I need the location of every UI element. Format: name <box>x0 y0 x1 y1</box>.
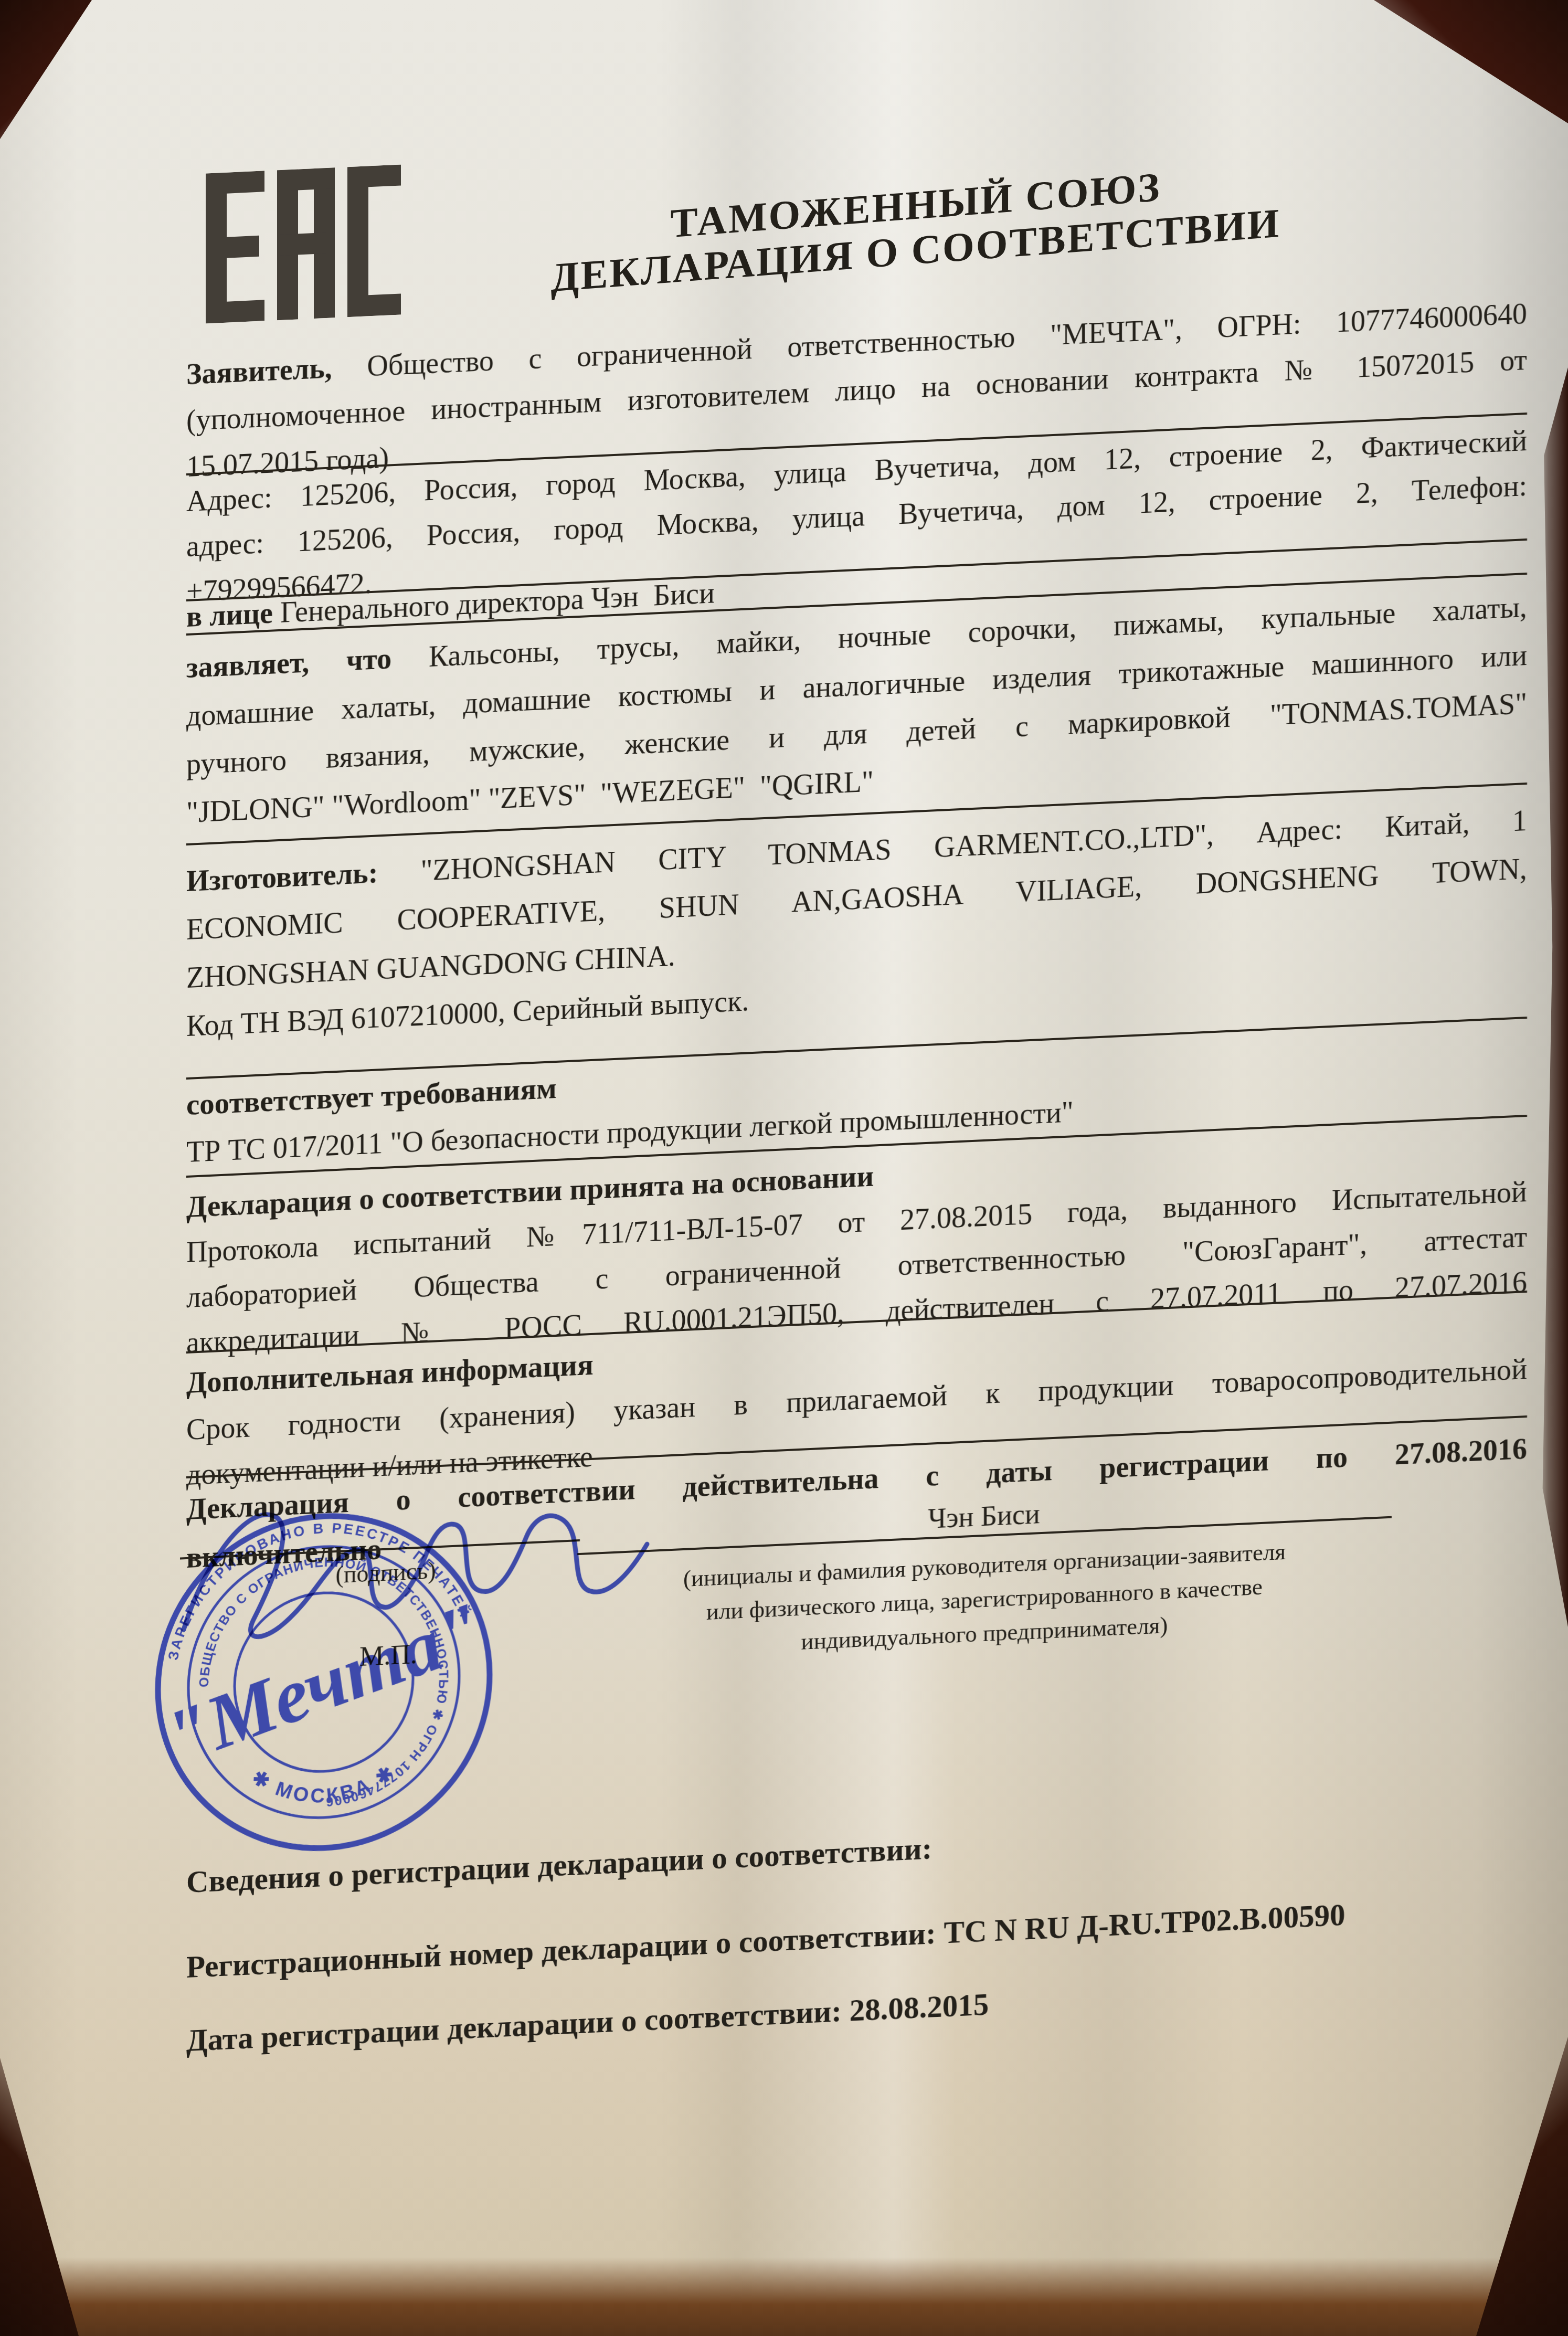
document-body: Заявитель, Общество с ограниченной ответ… <box>186 283 1527 2154</box>
photo-corner-top-left <box>0 0 92 139</box>
document-title: ТАМОЖЕННЫЙ СОЮЗ ДЕКЛАРАЦИЯ О СООТВЕТСТВИ… <box>514 152 1317 303</box>
eac-logo <box>206 165 401 326</box>
name-caption: (инициалы и фамилия руководителя организ… <box>577 1530 1392 1669</box>
eac-mark-icon <box>206 165 401 324</box>
in-person-label: в лице <box>186 597 273 633</box>
manufacturer-label: Изготовитель: <box>186 857 378 898</box>
declares-label: заявляет, что <box>186 642 391 684</box>
declaration-document-photo: ТАМОЖЕННЫЙ СОЮЗ ДЕКЛАРАЦИЯ О СООТВЕТСТВИ… <box>0 0 1568 2336</box>
photo-corner-bottom-left <box>0 2058 79 2336</box>
photo-corner-top-right <box>1374 0 1568 123</box>
photo-background-bottom <box>0 2257 1568 2336</box>
photo-edge-right <box>1535 367 1568 1627</box>
applicant-label: Заявитель, <box>186 352 332 391</box>
signature-ink <box>171 1468 685 1649</box>
